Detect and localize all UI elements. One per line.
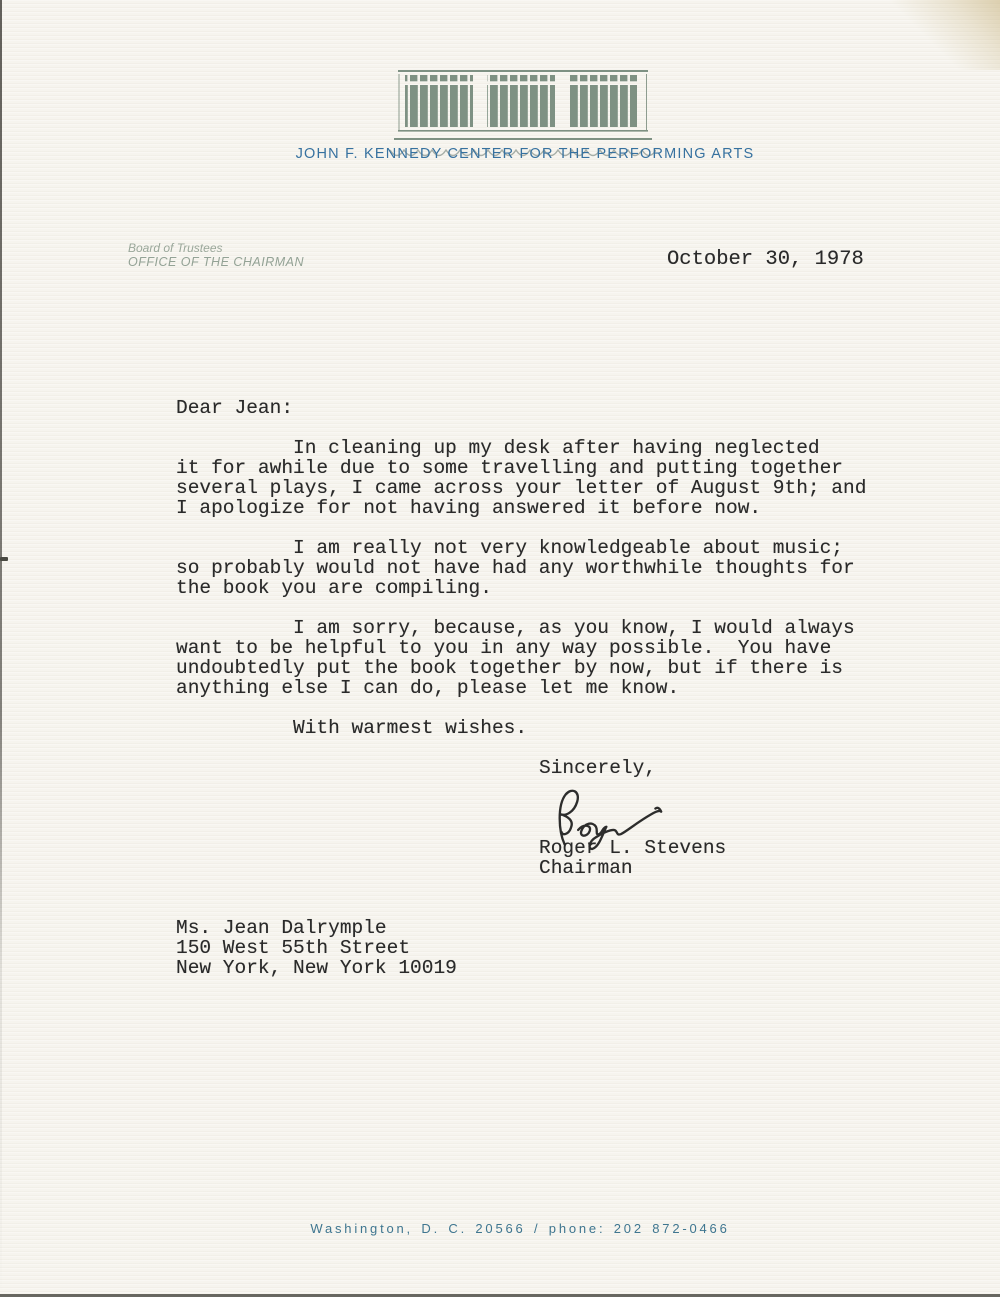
org-name: JOHN F. KENNEDY CENTER FOR THE PERFORMIN… <box>0 146 1000 162</box>
scan-tick-mark <box>0 557 8 561</box>
scan-corner-discoloration <box>890 0 1000 70</box>
paragraph-3: I am sorry, because, as you know, I woul… <box>176 618 855 698</box>
salutation: Dear Jean: <box>176 398 293 418</box>
paragraph-2: I am really not very knowledgeable about… <box>176 538 855 598</box>
signer-title: Chairman <box>539 858 633 878</box>
date-line: October 30, 1978 <box>667 250 864 270</box>
footer-contact: Washington, D. C. 20566 / phone: 202 872… <box>0 1221 1000 1236</box>
scan-edge-left <box>0 0 2 1297</box>
dept-line: Board of Trustees <box>128 241 223 255</box>
signer-name: Roger L. Stevens <box>539 838 726 858</box>
paragraph-1: In cleaning up my desk after having negl… <box>176 438 866 518</box>
valediction: Sincerely, <box>539 758 656 778</box>
closing-line: With warmest wishes. <box>176 718 527 738</box>
letter-page: JOHN F. KENNEDY CENTER FOR THE PERFORMIN… <box>0 0 1000 1297</box>
office-line: OFFICE OF THE CHAIRMAN <box>128 255 304 269</box>
recipient-address: Ms. Jean Dalrymple 150 West 55th Street … <box>176 918 457 978</box>
